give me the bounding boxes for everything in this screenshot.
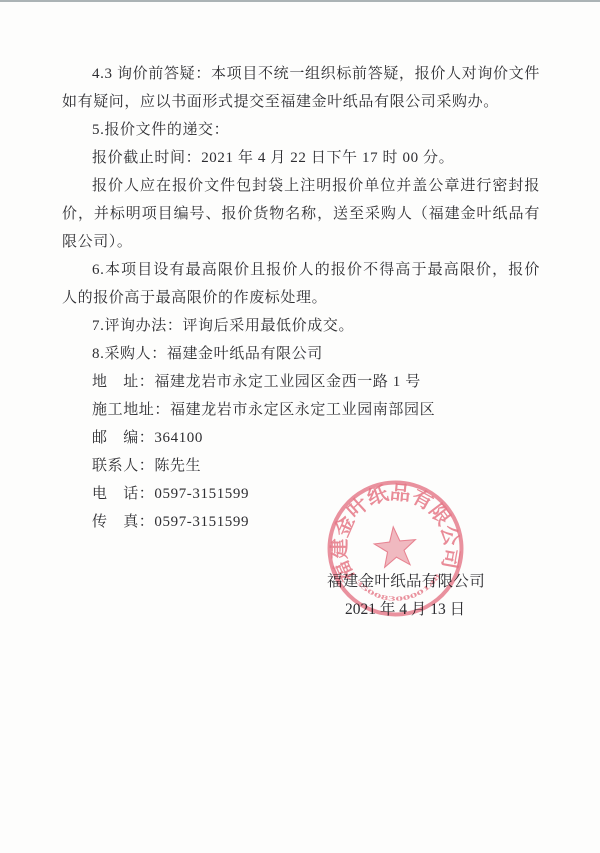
paragraph-answer-questions: 4.3 询价前答疑：本项目不统一组织标前答疑，报价人对询价文件如有疑问，应以书面… (62, 60, 540, 116)
company-seal-stamp-icon: 福建金叶纸品有限公司 35008300001488 (323, 476, 468, 621)
paragraph-price-ceiling: 6.本项目设有最高限价且报价人的报价不得高于最高限价，报价人的报价高于最高限价的… (62, 256, 540, 312)
paragraph-submission-heading: 5.报价文件的递交： (62, 116, 540, 144)
paragraph-purchaser: 8.采购人：福建金叶纸品有限公司 (62, 340, 540, 368)
paragraph-address: 地 址：福建龙岩市永定工业园区金西一路 1 号 (62, 368, 540, 396)
paragraph-fax: 传 真：0597-3151599 (62, 508, 540, 536)
paragraph-evaluation-method: 7.评询办法：评询后采用最低价成交。 (62, 312, 540, 340)
paragraph-deadline: 报价截止时间：2021 年 4 月 22 日下午 17 时 00 分。 (62, 144, 540, 172)
paragraph-sealing-instructions: 报价人应在报价文件包封袋上注明报价单位并盖公章进行密封报价，并标明项目编号、报价… (62, 172, 540, 256)
seal-star-icon (373, 525, 418, 568)
paragraph-site-address: 施工地址：福建龙岩市永定区永定工业园南部园区 (62, 396, 540, 424)
scan-edge-artifact (0, 0, 600, 2)
document-body: 4.3 询价前答疑：本项目不统一组织标前答疑，报价人对询价文件如有疑问，应以书面… (62, 60, 540, 536)
paragraph-contact-person: 联系人：陈先生 (62, 452, 540, 480)
paragraph-phone: 电 话：0597-3151599 (62, 480, 540, 508)
scanned-document-page: 4.3 询价前答疑：本项目不统一组织标前答疑，报价人对询价文件如有疑问，应以书面… (0, 0, 600, 853)
paragraph-postal-code: 邮 编：364100 (62, 424, 540, 452)
